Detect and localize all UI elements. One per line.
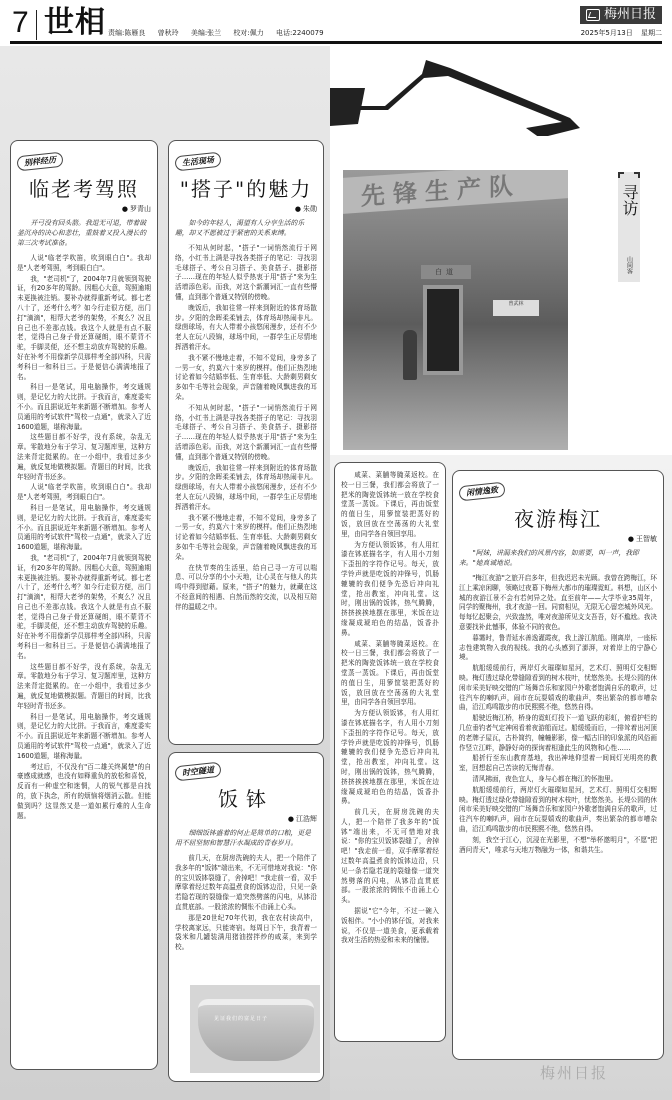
dateline: 2025年5月13日 星期二 (575, 28, 662, 38)
corner-ornament-icon (634, 172, 640, 178)
bowl-inscription: 见证我们的富足日子 (214, 1015, 268, 1022)
brand-name: 梅州日报 (604, 6, 656, 24)
xunfang-author: 山间客 (626, 256, 633, 274)
paragraph: 人说"临老学吹笛，吹到眼白白"。我却是"人老考驾照，考到眼白白"。 (17, 483, 151, 503)
paragraph: 为方便认领饭钵，有人用红漆在钵底描名字，有人用小刀刻下歪扭的字符作记号。每天，放… (341, 709, 439, 807)
column-tag: 闲情逸致 (458, 482, 505, 502)
bowl-photo: 见证我们的富足日子 (190, 985, 320, 1073)
photo-banner-text: 先锋生产队 (343, 170, 568, 214)
paragraph: 科目一是笔试，用电脑操作，考交通规则，是记忆力的大比拼。于我而言，难度委实不小。… (17, 504, 151, 553)
credit-phone: 电话:2240079 (276, 29, 324, 37)
newspaper-watermark: 梅州日报 (540, 1062, 608, 1083)
article-body: 不知从何时起，"搭子"一词悄然流行于网络，小红书上满是寻找各类搭子的笔记：寻找羽… (175, 244, 317, 612)
paragraph: 前几天，在厨房洗碗的夫人，把一个陪伴了我多年的"饭钵"端出来，不无可惜地对我说：… (341, 808, 439, 906)
feature-photo: 先锋生产队 白道 曾武林 (343, 170, 568, 450)
paragraph: 航船缓缓前行，两岸灯火璀璨如星河，艺术灯、照明灯交相辉映。梅灯透过绿化带缝隙看到… (459, 664, 657, 713)
article-title: 饭钵 (169, 783, 323, 812)
article-byline: 江浩辉 (169, 814, 317, 824)
paragraph: 为方便认领饭钵，有人用红漆在钵底描名字，有人用小刀刻下歪扭的字符作记号。每天，放… (341, 541, 439, 639)
paragraph: 航船缓缓前行，两岸灯火璀璨如星河，艺术灯、照明灯交相辉映。梅灯透过绿化带缝隙看到… (459, 786, 657, 835)
paragraph: "梅江夜游"之旅开启多年，但我迟迟未光顾。我曾在跨梅江，环江上乘凉闲聊，领略过夜… (459, 574, 657, 633)
article-title: 临老考驾照 (11, 173, 157, 202)
column-tag: 别样经历 (16, 152, 63, 172)
doorway (423, 285, 463, 375)
header-rule (10, 41, 662, 44)
article-body: "梅江夜游"之旅开启多年，但我迟迟未光顾。我曾在跨梅江，环江上乘凉闲聊，领略过夜… (459, 574, 657, 855)
column-tag: 时空隧道 (174, 762, 221, 782)
article-body: 前几天，在厨房洗碗的夫人，把一个陪伴了我多年的"饭钵"端出来，不无可惜地对我说：… (175, 854, 317, 974)
paragraph: 船驶近梅江桥，桥身的霓虹灯投下一道飞跃的彩虹，俯看护栏的几位垂钓者气定神闲看着夜… (459, 714, 657, 753)
article-byline: 王智敏 (453, 534, 657, 544)
paragraph: 不知从何时起，"搭子"一词悄然流行于网络，小红书上满是寻找各类搭子的笔记：寻找羽… (175, 244, 317, 303)
article-dazi: 生活现场 "搭子"的魅力 朱勋 如今的年轻人，渴望有人分享生活的乐趣，却又不愿被… (168, 140, 324, 745)
paragraph: 晚饭后，我如往常一样来到附近的体育场散步。夕阳的余晖柔柔铺去，体育场却热闹非凡。… (175, 464, 317, 513)
paragraph-ending: 在快节奏的生活里，给自己寻一方可以喘息、可以分享的小小天地，让心灵在与他人的共鸣… (175, 564, 317, 613)
door-plaque: 白道 (421, 265, 471, 279)
page-number: 7 (12, 8, 29, 38)
article-lede: 细细饭钵盛着的何止是简单的口粮，更是用不屈坚韧和智慧汗水凝成的青春岁月。 (175, 828, 317, 848)
article-body: 咸菜、菜脯等腌菜返校。在校一日三餐，我们都会将放了一把米的陶瓷饭钵统一放在学校食… (341, 471, 439, 946)
paragraph: 我不紧不慢地走着，不知不觉间，身旁多了一男一女，约莫六十来岁的模样。他们正热烈地… (175, 514, 317, 563)
bowl-image (198, 999, 314, 1061)
paragraph: 我不紧不慢地走着，不知不觉间，身旁多了一男一女，约莫六十来岁的模样。他们正热烈地… (175, 354, 317, 403)
paragraph: 清风拂面，夜色宜人，身与心都在梅江的怀抱里。 (459, 775, 657, 785)
section-title: 世相 (44, 6, 106, 40)
article-exam: 别样经历 临老考驾照 罗青山 开弓没有回头箭。我退无可退，带着破釜沉舟的决心和悲… (10, 140, 158, 1070)
article-lede: "阿妹，讲漏来我们的风景内容，如需要，叫一声，我即来。"她真诚地说。 (459, 548, 657, 568)
credit-proof: 校对:佩力 (233, 29, 263, 37)
masthead: 7 世相 责编:陈雁良 曾秋玲 美编:张兰 校对:佩力 电话:2240079 梅… (0, 0, 672, 44)
paragraph: 不知从何时起，"搭子"一词悄然流行于网络，小红书上满是寻找各类搭子的笔记：寻找羽… (175, 404, 317, 463)
paragraph: 这些题目都不好学，没有系统，杂乱无章。零散地分布于学习、复习题库里，这种方法来背… (17, 663, 151, 712)
article-lede: 开弓没有回头箭。我退无可退，带着破釜沉舟的决心和悲壮，重鼓着又投入漫长的第三次考… (17, 218, 151, 248)
article-title: 夜游梅江 (453, 503, 663, 532)
paragraph-ending: 考过后，不仅没有"百二雄关终属楚"的自豪感成就感，也没有如释重负的放松和喜悦，反… (17, 763, 151, 822)
article-lede: 如今的年轻人，渴望有人分享生活的乐趣，却又不愿被过于紧密的关系束缚。 (175, 218, 317, 238)
paragraph: 那是20世纪70年代初，我在农村读高中，学校离家远，只能寄宿。每周日下午，我背着… (175, 914, 317, 953)
newspaper-brand: 梅州日报 (580, 6, 662, 24)
paragraph: 暮霭时，鲁青延水善逸灌霞夜，我上游江航船。刚离岸，一座标志性建筑物入我的视线。我… (459, 634, 657, 663)
paragraph: 晚饭后，我如往常一样来到附近的体育场散步。夕阳的余晖柔柔铺去，体育场却热闹非凡。… (175, 304, 317, 353)
issue-weekday: 星期二 (641, 29, 662, 37)
article-bowl-continued: 咸菜、菜脯等腌菜返校。在校一日三餐，我们都会将放了一把米的陶瓷饭钵统一放在学校食… (334, 462, 446, 1042)
article-byline: 罗青山 (11, 204, 151, 214)
paragraph: 这些题目都不好学，没有系统，杂乱无章。零散地分布于学习、复习题库里，这种方法来背… (17, 433, 151, 482)
issue-date: 2025年5月13日 (581, 29, 633, 37)
credit-editor-2: 曾秋玲 (158, 29, 179, 37)
roof-graphic (330, 46, 580, 136)
page-separator (36, 10, 37, 40)
photographed-person (403, 330, 417, 380)
paragraph-ending: 刻，我空于江心，沉浸在光影里，不想"举杯邀明月"，不愿"把酒问青天"，唯求与天地… (459, 836, 657, 856)
paragraph: 我，"老司机"了，2004年7月就领到驾驶证，有20多年的驾龄。因粗心大意，驾照… (17, 275, 151, 383)
paragraph: 咸菜、菜脯等腌菜返校。在校一日三餐，我们都会将放了一把米的陶瓷饭钵统一放在学校食… (341, 471, 439, 540)
corner-ornament-icon (618, 172, 624, 178)
editor-credits: 责编:陈雁良 曾秋玲 美编:张兰 校对:佩力 电话:2240079 (108, 28, 334, 38)
credit-editor: 责编:陈雁良 (108, 29, 145, 37)
wall-sign: 曾武林 (493, 300, 539, 316)
paragraph: 船折行至东山教育基地，我出神地仰望着一间间灯光明亮的教室，回想起自己苦读的无悔青… (459, 754, 657, 774)
paragraph-ending: 据说"它"今年，不过一碗入饭相伴。"小小的钵仔饭，对我来说，不仅是一道美食，更承… (341, 907, 439, 946)
credit-art: 美编:张兰 (191, 29, 221, 37)
paragraph: 我，"老司机"了，2004年7月就领到驾驶证，有20多年的驾龄。因粗心大意，驾照… (17, 554, 151, 662)
paragraph: 科目一是笔试，用电脑操作，考交通规则，是记忆力的大比拼。于我而言，难度委实不小。… (17, 383, 151, 432)
paragraph: 科目一是笔试，用电脑操作，考交通规则，是记忆力的大比拼。于我而言，难度委实不小。… (17, 713, 151, 762)
newspaper-logo-icon (586, 9, 600, 21)
paragraph: 咸菜、菜脯等腌菜返校。在校一日三餐，我们都会将放了一把米的陶瓷饭钵统一放在学校食… (341, 640, 439, 709)
paragraph: 前几天，在厨房洗碗的夫人，把一个陪伴了我多年的"饭钵"端出来，不无可惜地对我说：… (175, 854, 317, 913)
paragraph: 人说"临老学吹笛，吹到眼白白"。我却是"人老考驾照，考到眼白白"。 (17, 254, 151, 274)
article-river: 闲情逸致 夜游梅江 王智敏 "阿妹，讲漏来我们的风景内容，如需要，叫一声，我即来… (452, 470, 664, 1060)
article-body: 人说"临老学吹笛，吹到眼白白"。我却是"人老考驾照，考到眼白白"。 我，"老司机… (17, 254, 151, 821)
column-tag: 生活现场 (174, 152, 221, 172)
xunfang-title: 寻访 (620, 184, 638, 216)
article-byline: 朱勋 (169, 204, 317, 214)
xunfang-label: 寻访 山间客 (618, 172, 640, 282)
article-title: "搭子"的魅力 (169, 173, 323, 202)
